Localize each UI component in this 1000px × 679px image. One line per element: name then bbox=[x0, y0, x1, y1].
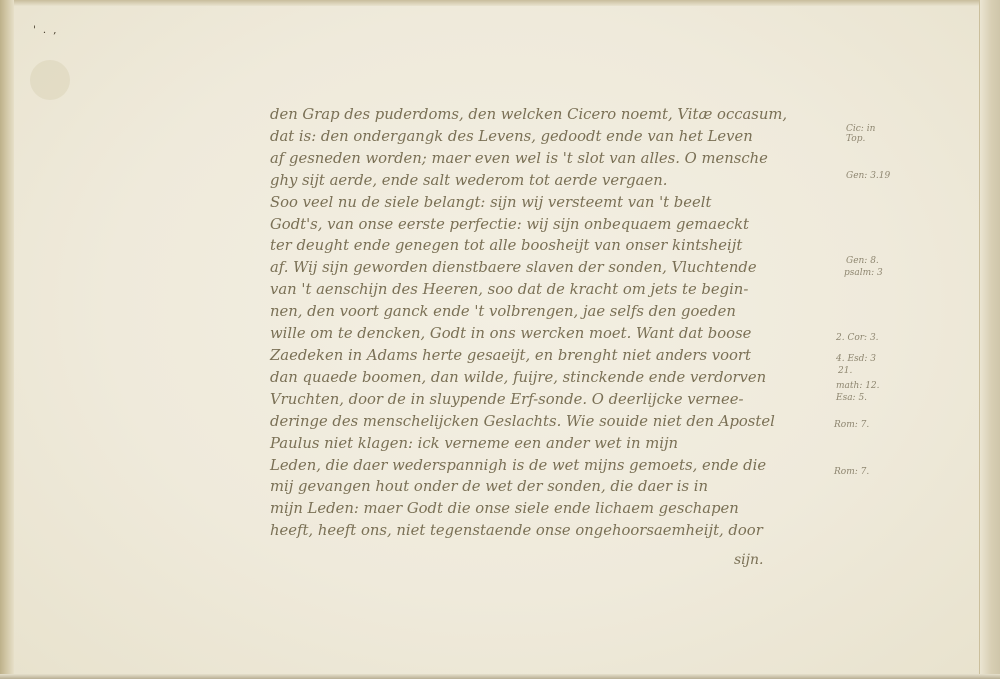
text-line: Zaedeken in Adams herte gesaeijt, en bre… bbox=[270, 345, 815, 367]
manuscript-page: ' . , den Grap des puderdoms, den welcke… bbox=[0, 0, 1000, 679]
margin-note: Cic: in Top. bbox=[846, 124, 896, 144]
text-line: dan quaede boomen, dan wilde, fuijre, st… bbox=[270, 367, 815, 389]
margin-note: Rom: 7. bbox=[834, 467, 869, 477]
text-line: mij gevangen hout onder de wet der sonde… bbox=[270, 476, 815, 498]
text-line: deringe des menschelijcken Geslachts. Wi… bbox=[270, 411, 815, 433]
text-line: Leden, die daer wederspannigh is de wet … bbox=[270, 455, 815, 477]
text-line: mijn Leden: maer Godt die onse siele end… bbox=[270, 498, 815, 520]
text-line: af gesneden worden; maer even wel is 't … bbox=[270, 148, 815, 170]
text-line: af. Wij sijn geworden dienstbaere slaven… bbox=[270, 257, 815, 279]
page-edge-right bbox=[979, 0, 1000, 679]
margin-note: Gen: 8. bbox=[846, 256, 879, 266]
text-line: den Grap des puderdoms, den welcken Cice… bbox=[270, 104, 815, 126]
margin-note: Gen: 3.19 bbox=[846, 171, 890, 181]
margin-note: math: 12. bbox=[836, 381, 880, 391]
margin-note: psalm: 3 bbox=[844, 268, 883, 278]
signoff-text: sijn. bbox=[734, 552, 763, 568]
margin-note: Rom: 7. bbox=[834, 420, 869, 430]
text-line: nen, den voort ganck ende 't volbrengen,… bbox=[270, 301, 815, 323]
margin-note: Esa: 5. bbox=[836, 393, 867, 403]
text-line: heeft, heeft ons, niet tegenstaende onse… bbox=[270, 520, 815, 542]
page-edge-top bbox=[0, 0, 1000, 6]
page-edge-bottom bbox=[0, 674, 1000, 679]
text-line: Godt's, van onse eerste perfectie: wij s… bbox=[270, 214, 815, 236]
text-line: ter deught ende genegen tot alle booshei… bbox=[270, 235, 815, 257]
paper-stain bbox=[30, 60, 70, 100]
text-line: wille om te dencken, Godt in ons wercken… bbox=[270, 323, 815, 345]
text-line: Vruchten, door de in sluypende Erf-sonde… bbox=[270, 389, 815, 411]
text-line: Paulus niet klagen: ick verneme een ande… bbox=[270, 433, 815, 455]
calligraphy-body-text: den Grap des puderdoms, den welcken Cice… bbox=[270, 104, 830, 542]
text-line: Soo veel nu de siele belangt: sijn wij v… bbox=[270, 192, 815, 214]
corner-ink-marks: ' . , bbox=[33, 25, 58, 36]
margin-note: 4. Esd: 3 bbox=[836, 354, 876, 364]
text-line: dat is: den ondergangk des Levens, gedoo… bbox=[270, 126, 815, 148]
page-edge-left-binding bbox=[0, 0, 14, 679]
margin-note: 2. Cor: 3. bbox=[836, 333, 879, 343]
text-line: ghy sijt aerde, ende salt wederom tot ae… bbox=[270, 170, 815, 192]
text-line: van 't aenschijn des Heeren, soo dat de … bbox=[270, 279, 815, 301]
margin-note: 21. bbox=[838, 366, 852, 376]
